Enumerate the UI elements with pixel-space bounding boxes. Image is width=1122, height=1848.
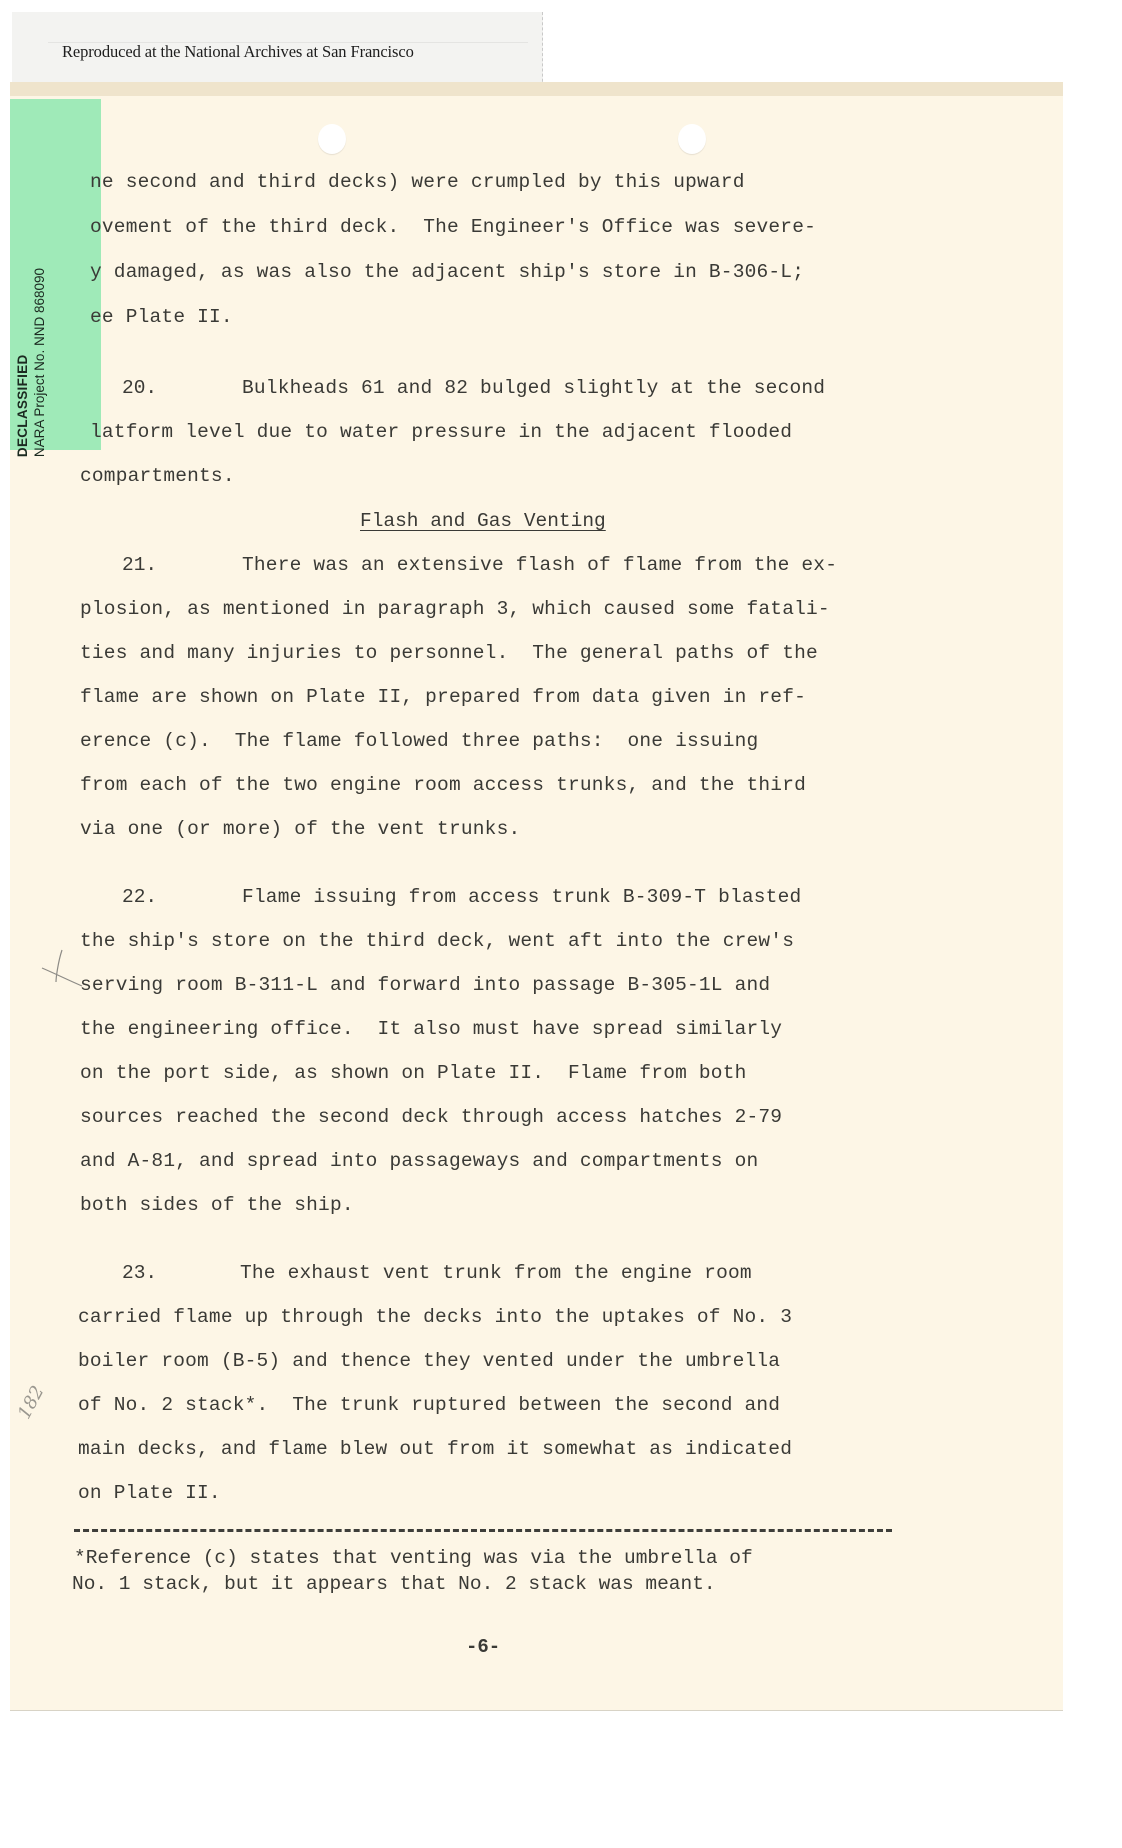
declassified-label: DECLASSIFIED — [14, 268, 31, 457]
page-number: -6- — [466, 1636, 500, 1658]
text-line: the engineering office. It also must hav… — [80, 1018, 782, 1040]
text-line: the ship's store on the third deck, went… — [80, 930, 794, 952]
text-line: flame are shown on Plate II, prepared fr… — [80, 686, 806, 708]
text-line: and A-81, and spread into passageways an… — [80, 1150, 758, 1172]
text-line: erence (c). The flame followed three pat… — [80, 730, 758, 752]
text-line: Flame issuing from access trunk B-309-T … — [242, 886, 801, 908]
text-line: from each of the two engine room access … — [80, 774, 806, 796]
text-line: serving room B-311-L and forward into pa… — [80, 974, 770, 996]
text-line: y damaged, as was also the adjacent ship… — [90, 261, 804, 283]
text-line: Bulkheads 61 and 82 bulged slightly at t… — [242, 377, 825, 399]
paragraph-number: 22. — [122, 886, 157, 908]
text-line: both sides of the ship. — [80, 1194, 354, 1216]
text-line: ovement of the third deck. The Engineer'… — [90, 216, 816, 238]
text-line: plosion, as mentioned in paragraph 3, wh… — [80, 598, 830, 620]
punch-hole-left — [318, 124, 346, 154]
archive-banner-text: Reproduced at the National Archives at S… — [62, 42, 414, 62]
text-line: There was an extensive flash of flame fr… — [242, 554, 837, 576]
declassification-stamp: DECLASSIFIED NARA Project No. NND 868090 — [14, 268, 48, 457]
text-line: sources reached the second deck through … — [80, 1106, 782, 1128]
section-heading: Flash and Gas Venting — [360, 510, 606, 532]
footnote-separator — [74, 1529, 892, 1532]
paragraph-number: 21. — [122, 554, 157, 576]
text-line: ee Plate II. — [90, 306, 233, 328]
text-line: via one (or more) of the vent trunks. — [80, 818, 520, 840]
text-line: compartments. — [80, 465, 235, 487]
text-line: ties and many injuries to personnel. The… — [80, 642, 818, 664]
paragraph-number: 20. — [122, 377, 157, 399]
text-line: of No. 2 stack*. The trunk ruptured betw… — [78, 1394, 780, 1416]
punch-hole-right — [678, 124, 706, 154]
paragraph-number: 23. — [122, 1262, 157, 1284]
nara-project-number: NARA Project No. NND 868090 — [31, 268, 48, 457]
footnote-line: No. 1 stack, but it appears that No. 2 s… — [72, 1573, 716, 1595]
text-line: ne second and third decks) were crumpled… — [90, 171, 745, 193]
margin-check-mark-icon — [22, 948, 102, 1008]
text-line: boiler room (B-5) and thence they vented… — [78, 1350, 780, 1372]
text-line: on the port side, as shown on Plate II. … — [80, 1062, 747, 1084]
text-line: latform level due to water pressure in t… — [90, 421, 792, 443]
text-line: The exhaust vent trunk from the engine r… — [240, 1262, 752, 1284]
text-line: carried flame up through the decks into … — [78, 1306, 792, 1328]
text-line: on Plate II. — [78, 1482, 221, 1504]
footnote-line: *Reference (c) states that venting was v… — [74, 1547, 753, 1569]
text-line: main decks, and flame blew out from it s… — [78, 1438, 792, 1460]
